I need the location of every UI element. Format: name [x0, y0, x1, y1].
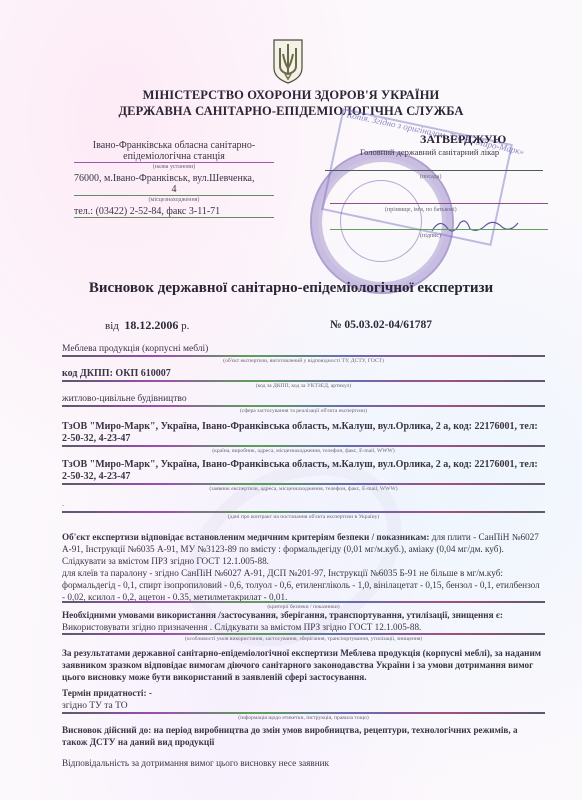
- signature-line: [330, 229, 548, 230]
- official-seal-inner: [340, 180, 422, 262]
- field-caption: (заявник експертизи, адреса, місцезнаход…: [62, 485, 545, 493]
- name-line: [330, 203, 548, 204]
- conditions-caption-block: (особливості умов використання, застосув…: [62, 633, 545, 643]
- field-value: ТзОВ "Миро-Марк", Україна, Івано-Франків…: [62, 459, 545, 483]
- name-caption: (прізвище, ім'я, по батькові): [385, 207, 457, 213]
- criteria-text-glue: для клеїв та паралону - згідно СанПіН №6…: [62, 568, 540, 602]
- conditions-lead: Необхідними умовами використання /застос…: [62, 609, 545, 621]
- field-value: житлово-цивільне будівництво: [62, 393, 545, 405]
- shelf-life-label: Термін придатності: -: [62, 687, 545, 699]
- validity-text: Висновок дійсний до: на період виробницт…: [62, 724, 545, 748]
- shelf-life-caption: (інформація щодо етикетки, інструкція, п…: [62, 714, 545, 722]
- institution-address-line1: 76000, м.Івано-Франківськ, вул.Шевченка,: [74, 173, 274, 184]
- field-value: ТзОВ "Миро-Марк", Україна, Івано-Франків…: [62, 421, 545, 445]
- field-caption: (код за ДКПП, код за УКТЗЕД, артикул): [62, 382, 545, 390]
- date-value: 18.12.2006: [124, 318, 178, 332]
- institution-address-caption: (місцезнаходження): [74, 196, 274, 204]
- date-prefix: від: [105, 320, 119, 332]
- divider: [74, 217, 274, 218]
- criteria-section: Об'єкт експертизи відповідає встановлени…: [62, 531, 545, 603]
- field-caption: (сфера застосування та реалізації об'єкт…: [62, 407, 545, 415]
- field-value: код ДКПП: ОКП 610007: [62, 368, 545, 380]
- tryzub-coat-of-arms-icon: [272, 38, 304, 84]
- institution-name-line1: Івано-Франківська обласна санітарно-: [74, 140, 274, 151]
- shelf-life-field: згідно ТУ та ТО (інформація щодо етикетк…: [62, 700, 545, 722]
- field-caption: (об'єкт експертизи, виготовлений у відпо…: [62, 357, 545, 365]
- conditions-text: Використовувати згідно призначення . Слі…: [62, 621, 545, 633]
- field-value: Меблева продукція (корпусні меблі): [62, 343, 545, 355]
- document-page: МІНІСТЕРСТВО ОХОРОНИ ЗДОРОВ'Я УКРАЇНИ ДЕ…: [0, 0, 582, 800]
- conditions-section: Необхідними умовами використання /застос…: [62, 609, 545, 633]
- position-line: [325, 170, 543, 171]
- field-code: код ДКПП: ОКП 610007 (код за ДКПП, код з…: [62, 368, 545, 390]
- criteria-lead: Об'єкт експертизи відповідає встановлени…: [62, 532, 429, 542]
- signature: [430, 215, 520, 237]
- institution-block: Івано-Франківська обласна санітарно- епі…: [74, 140, 274, 218]
- institution-phone: тел.: (03422) 2-52-84, факс 3-11-71: [74, 206, 274, 217]
- approval-title: ЗАТВЕРДЖУЮ: [420, 132, 506, 147]
- conditions-caption: (особливості умов використання, застосув…: [62, 635, 545, 643]
- institution-name-line2: епідеміологічна станція: [74, 151, 274, 162]
- signature-caption: (підпис): [420, 233, 441, 239]
- service-title: ДЕРЖАВНА САНІТАРНО-ЕПІДЕМІОЛОГІЧНА СЛУЖБ…: [0, 104, 582, 119]
- field-contract: - (дані про контракт на постачання об'єк…: [62, 499, 545, 521]
- document-title: Висновок державної санітарно-епідеміолог…: [0, 280, 582, 297]
- field-manufacturer: ТзОВ "Миро-Марк", Україна, Івано-Франків…: [62, 421, 545, 455]
- conclusion-text: За результатами державної санітарно-епід…: [62, 647, 545, 683]
- institution-address-line2: 4: [74, 184, 274, 195]
- document-date: від 18.12.2006 р.: [105, 318, 189, 333]
- field-value: -: [62, 499, 545, 511]
- approval-subtitle: Головний державний санітарний лікар: [360, 147, 499, 157]
- institution-name-caption: (назва установи): [74, 163, 274, 171]
- responsibility-text: Відповідальність за дотримання вимог цьо…: [62, 757, 545, 769]
- field-object: Меблева продукція (корпусні меблі) (об'є…: [62, 343, 545, 365]
- field-scope: житлово-цивільне будівництво (сфера заст…: [62, 393, 545, 415]
- date-suffix: р.: [181, 320, 189, 332]
- shelf-life-value: згідно ТУ та ТО: [62, 700, 545, 712]
- field-caption: (дані про контракт на постачання об'єкта…: [62, 513, 545, 521]
- document-number: № 05.03.02-04/61787: [330, 319, 432, 331]
- field-applicant: ТзОВ "Миро-Марк", Україна, Івано-Франків…: [62, 459, 545, 493]
- field-caption: (країна, виробник, адреса, місцезнаходже…: [62, 447, 545, 455]
- position-caption: (посада): [420, 174, 441, 180]
- ministry-title: МІНІСТЕРСТВО ОХОРОНИ ЗДОРОВ'Я УКРАЇНИ: [0, 88, 582, 103]
